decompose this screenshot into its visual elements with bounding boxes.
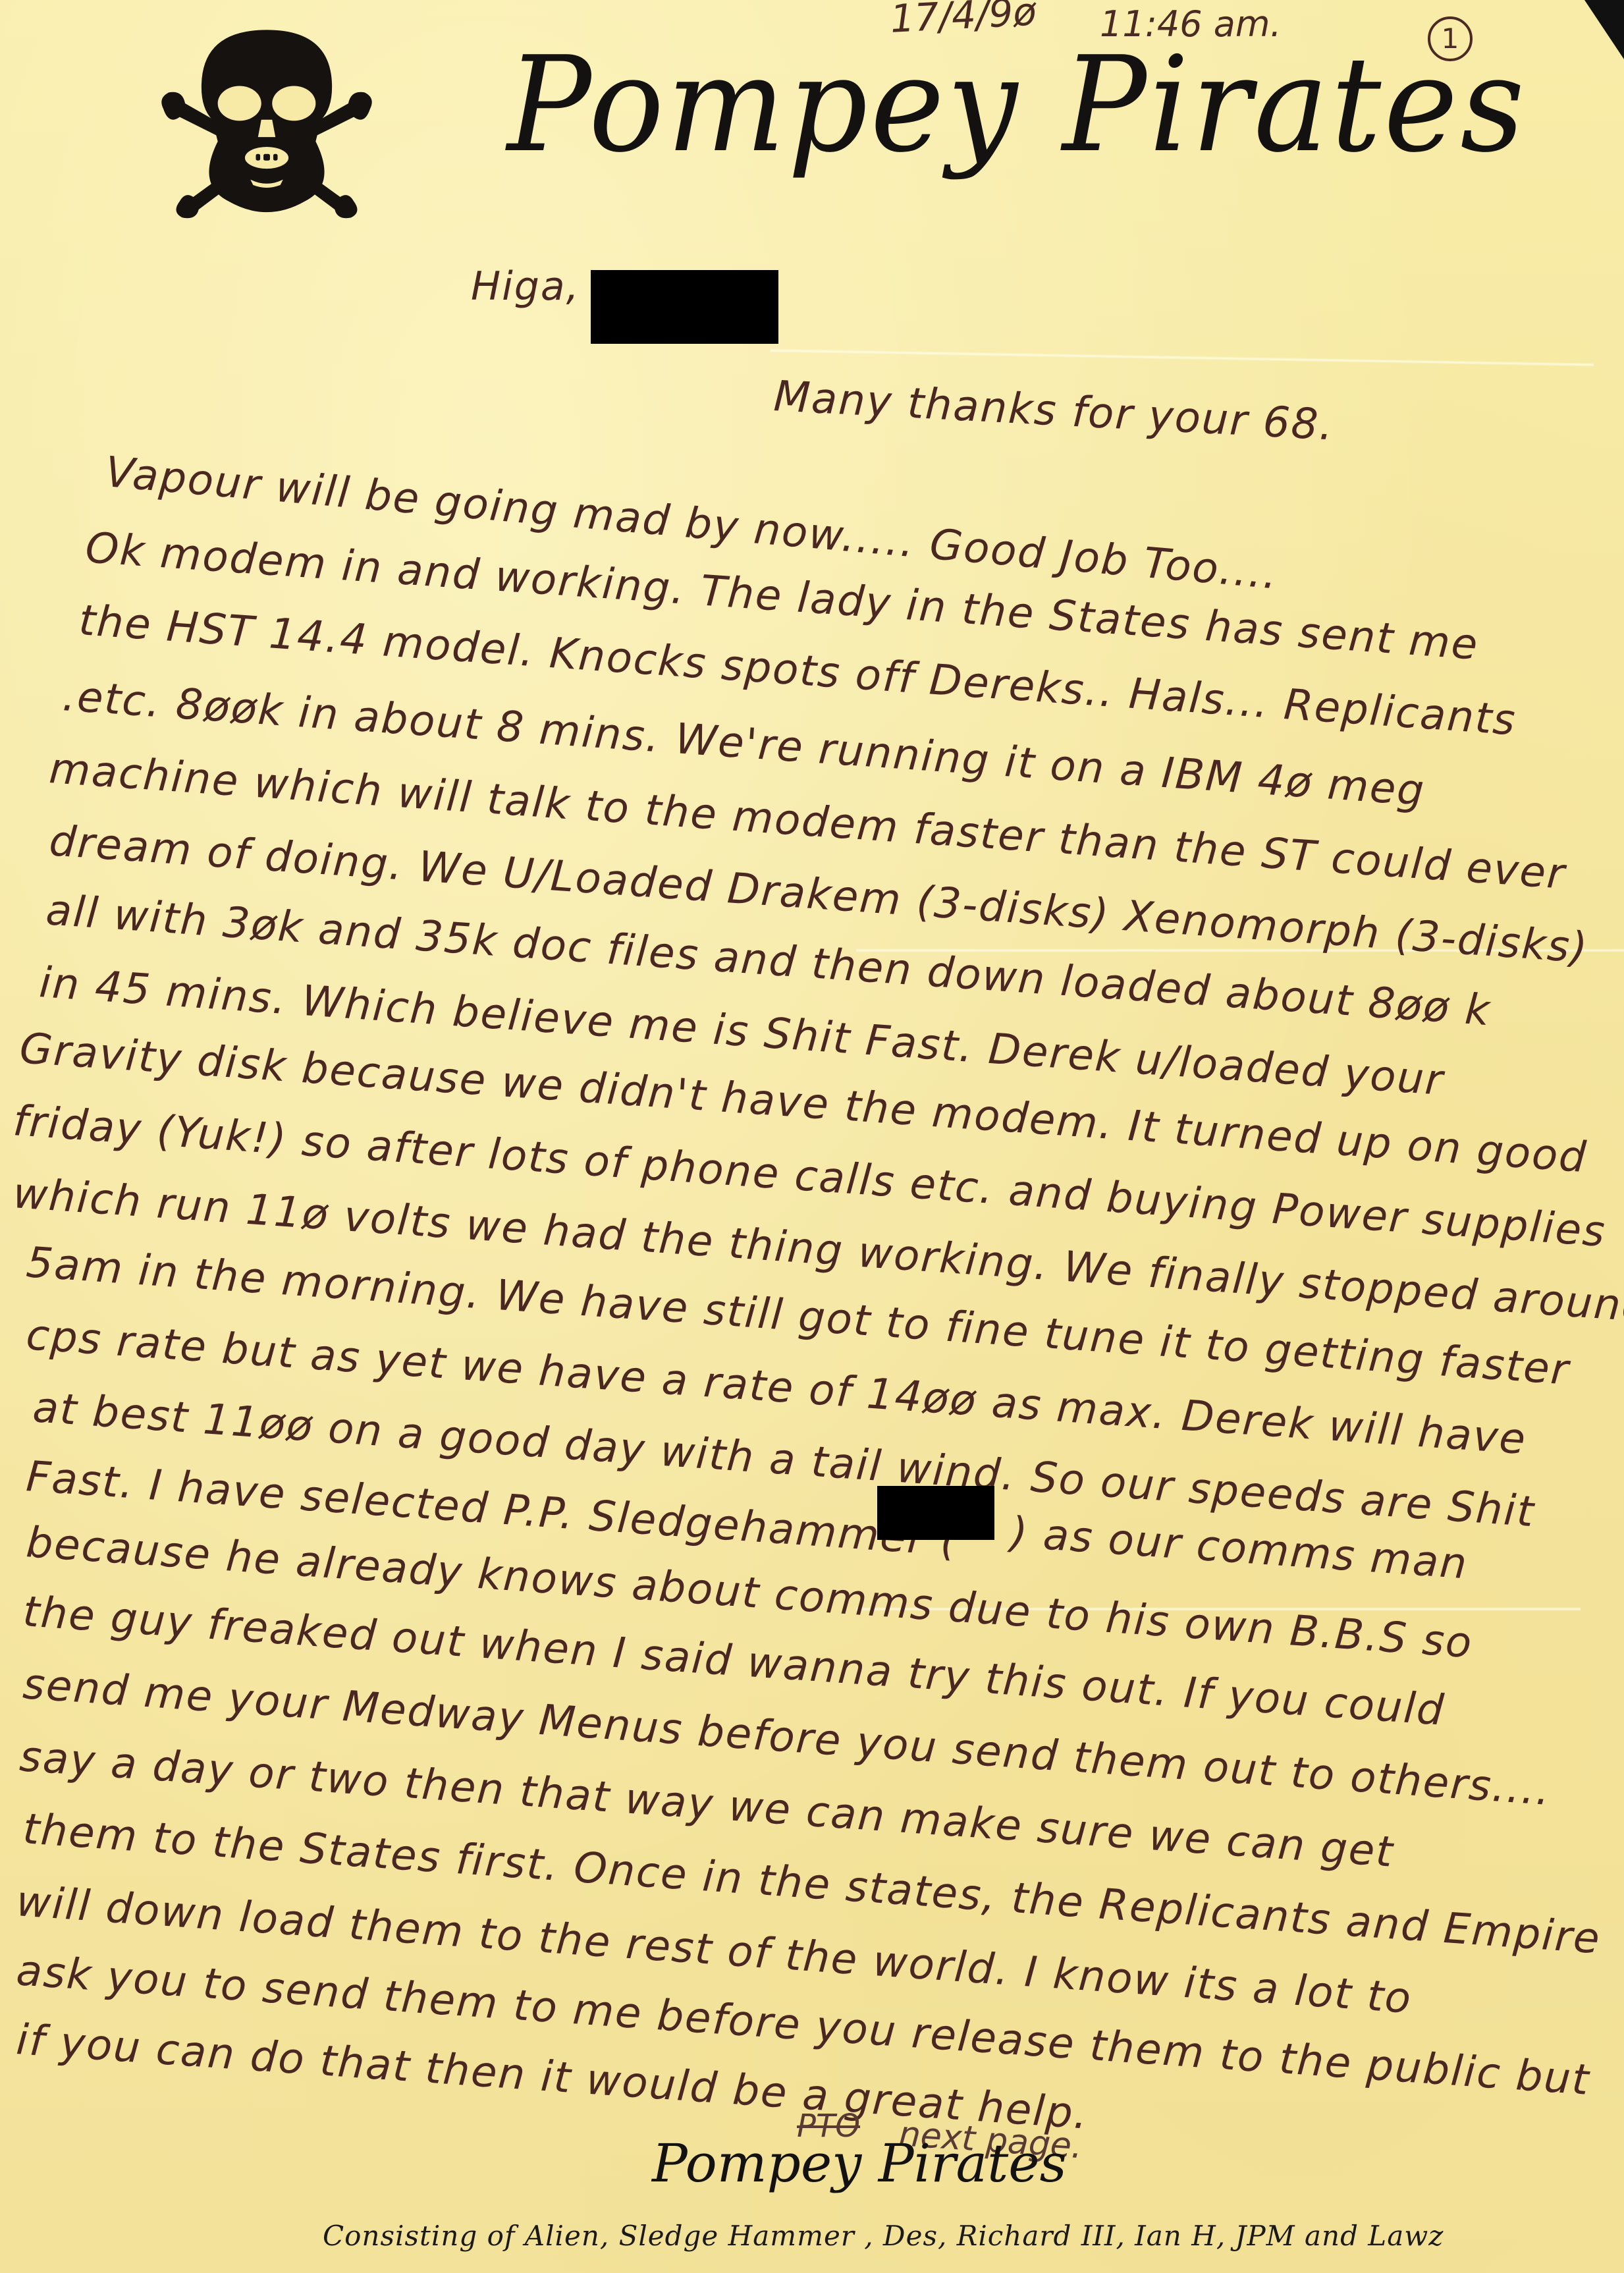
redaction-block — [591, 270, 778, 344]
footer-title: Pompey Pirates — [652, 2137, 1067, 2190]
time-note: 11:46 am. — [1100, 3, 1282, 45]
redaction-block — [877, 1486, 994, 1540]
footer-members: Consisting of Alien, Sledge Hammer , Des… — [323, 2220, 1444, 2252]
letterhead-title: Pompey Pirates — [507, 40, 1527, 171]
greeting: Higa, — [471, 263, 580, 310]
skull-and-crossbones-icon — [142, 16, 392, 234]
torn-corner — [1584, 0, 1624, 59]
page-number-circle: 1 — [1428, 16, 1473, 61]
